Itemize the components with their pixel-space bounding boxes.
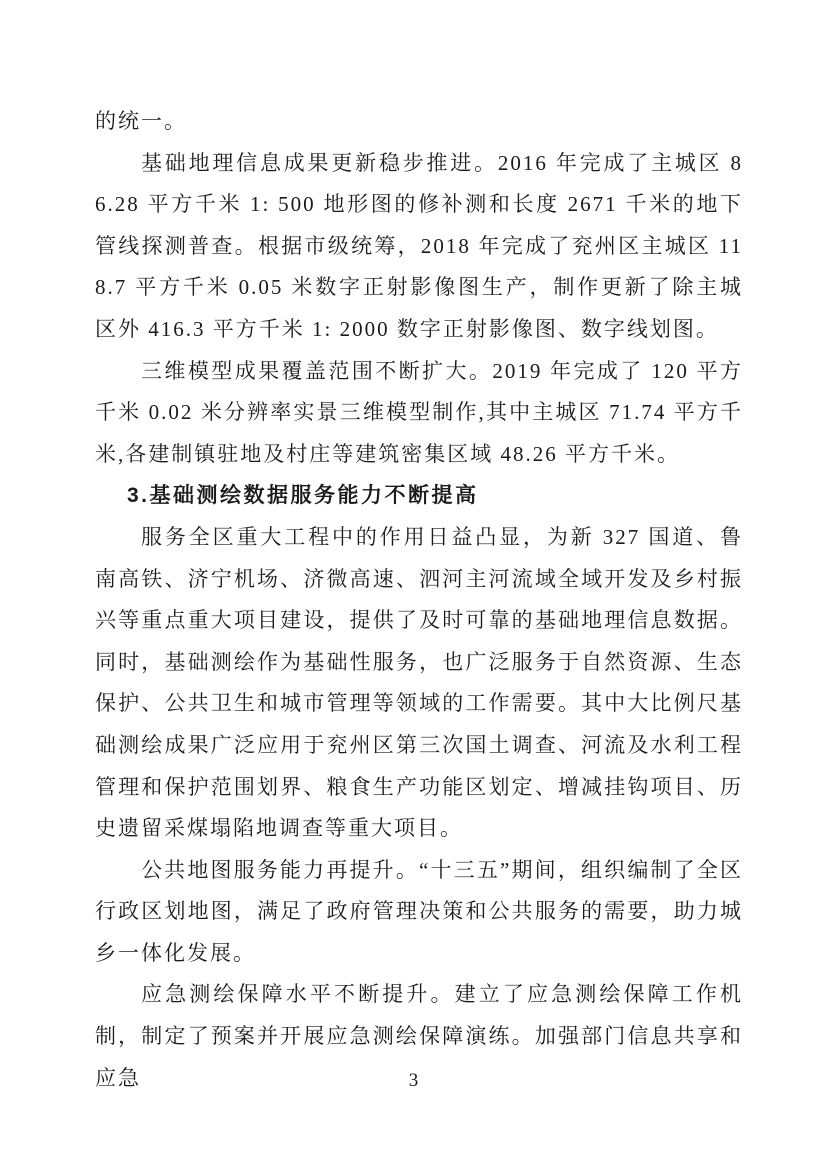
paragraph-continuation: 的统一。 [95, 101, 743, 143]
page-body: 的统一。 基础地理信息成果更新稳步推进。2016 年完成了主城区 86.28 平… [95, 101, 743, 1099]
paragraph-3d-model: 三维模型成果覆盖范围不断扩大。2019 年完成了 120 平方千米 0.02 米… [95, 351, 743, 476]
paragraph-public-map-service: 公共地图服务能力再提升。“十三五”期间，组织编制了全区行政区划地图，满足了政府管… [95, 850, 743, 975]
paragraph-major-projects: 服务全区重大工程中的作用日益凸显，为新 327 国道、鲁南高铁、济宁机场、济微高… [95, 517, 743, 850]
paragraph-geo-info-update: 基础地理信息成果更新稳步推进。2016 年完成了主城区 86.28 平方千米 1… [95, 143, 743, 351]
section-heading: 3.基础测绘数据服务能力不断提高 [95, 475, 743, 517]
document-page: 的统一。 基础地理信息成果更新稳步推进。2016 年完成了主城区 86.28 平… [0, 0, 827, 1169]
page-number: 3 [0, 1070, 827, 1092]
